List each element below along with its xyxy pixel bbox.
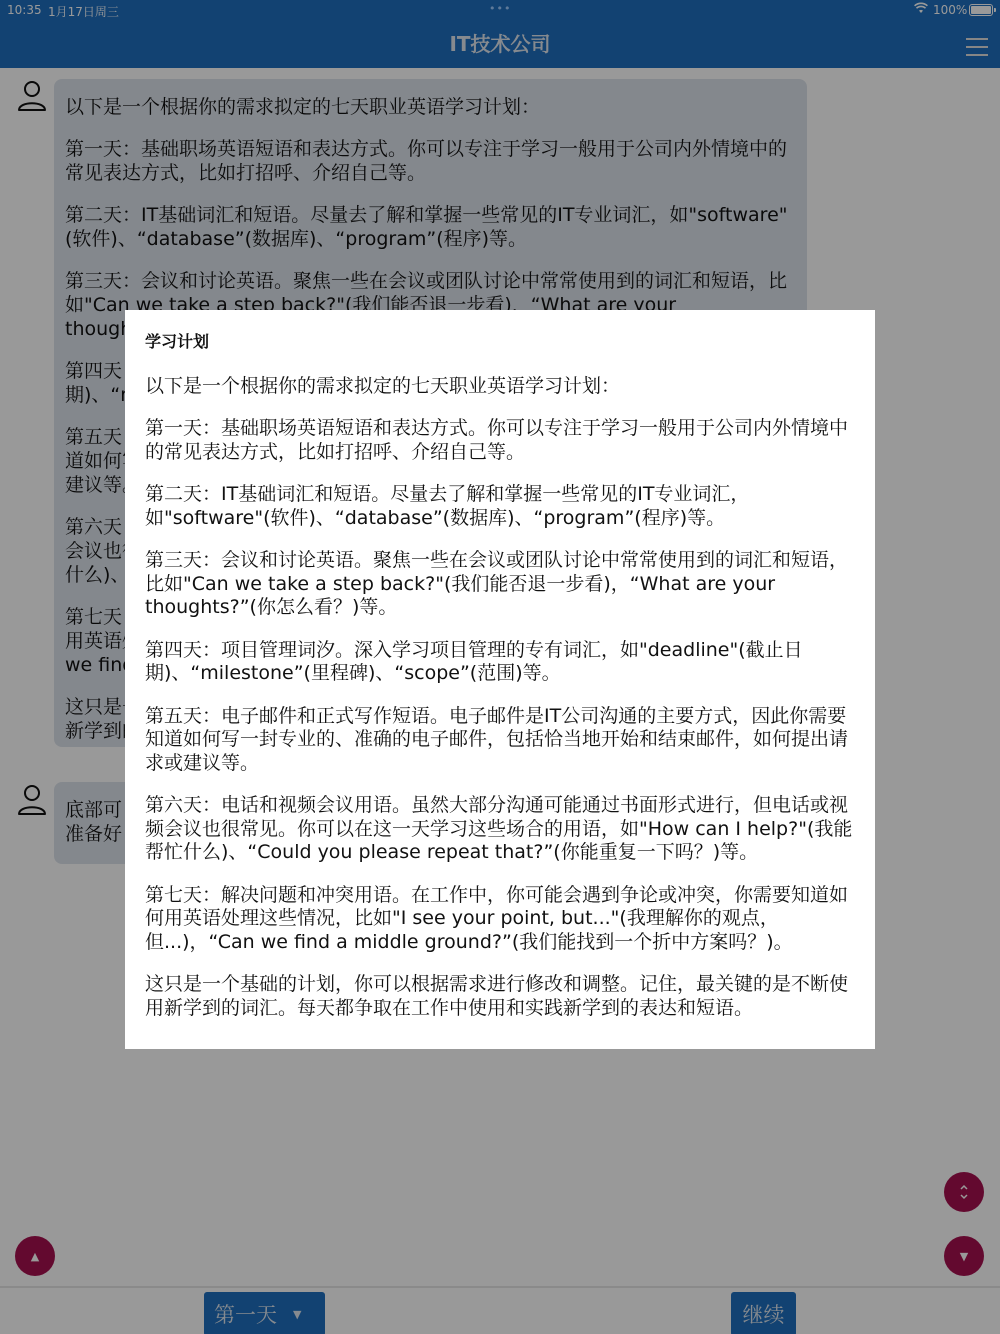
modal-paragraph: 这只是一个基础的计划，你可以根据需求进行修改和调整。记住，最关键的是不断使用新学…: [145, 973, 855, 1020]
modal-paragraph: 第三天：会议和讨论英语。聚焦一些在会议或团队讨论中常常使用到的词汇和短语，比如"…: [145, 549, 855, 620]
modal-paragraph: 以下是一个根据你的需求拟定的七天职业英语学习计划：: [145, 375, 855, 399]
study-plan-modal: 学习计划 以下是一个根据你的需求拟定的七天职业英语学习计划： 第一天：基础职场英…: [125, 310, 875, 1049]
modal-paragraph: 第二天：IT基础词汇和短语。尽量去了解和掌握一些常见的IT专业词汇，如"soft…: [145, 483, 855, 530]
modal-paragraph: 第七天：解决问题和冲突用语。在工作中，你可能会遇到争论或冲突，你需要知道如何用英…: [145, 884, 855, 955]
modal-paragraph: 第六天：电话和视频会议用语。虽然大部分沟通可能通过书面形式进行，但电话或视频会议…: [145, 794, 855, 865]
modal-title: 学习计划: [145, 330, 855, 354]
modal-paragraph: 第四天：项目管理词汐。深入学习项目管理的专有词汇，如"deadline"(截止日…: [145, 639, 855, 686]
modal-paragraph: 第五天：电子邮件和正式写作短语。电子邮件是IT公司沟通的主要方式，因此你需要知道…: [145, 705, 855, 776]
modal-paragraph: 第一天：基础职场英语短语和表达方式。你可以专注于学习一般用于公司内外情境中的常见…: [145, 417, 855, 464]
